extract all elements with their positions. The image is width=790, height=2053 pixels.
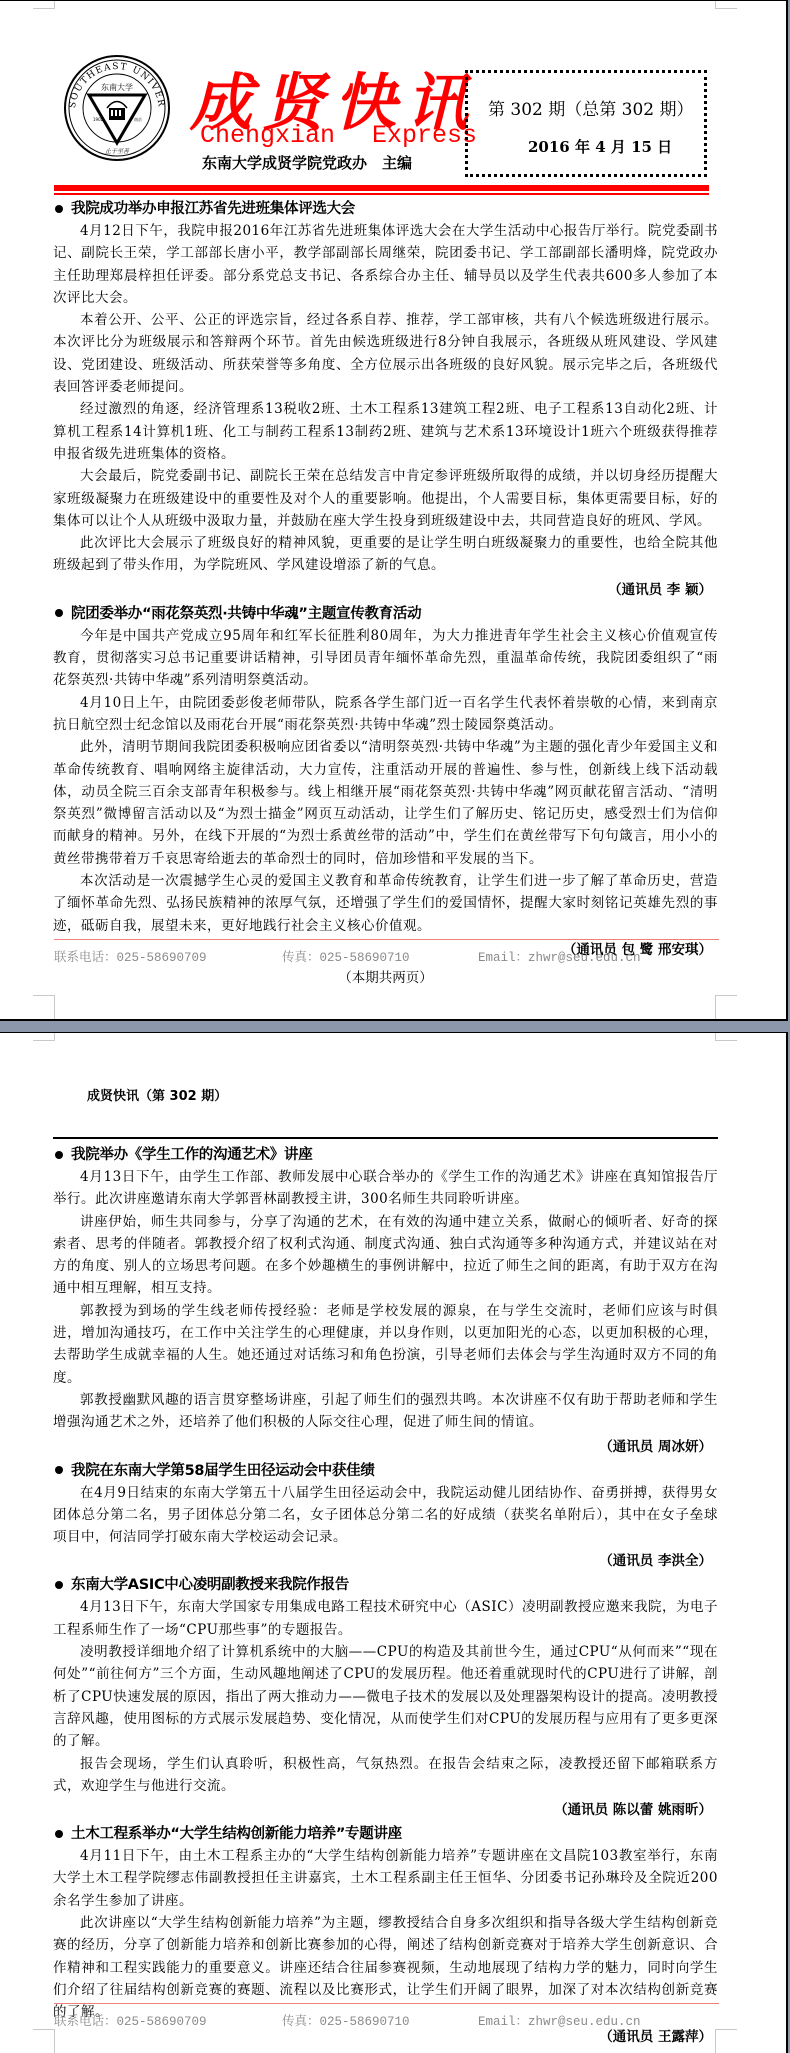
article-paragraph: 此次评比大会展示了班级良好的精神风貌，更重要的是让学生明白班级凝聚力的重要性，也…	[53, 532, 718, 577]
crop-mark-bottom-right	[715, 995, 737, 1019]
page-footer: 联系电话：025-58690709传真：025-58690710Email：zh…	[54, 2011, 719, 2029]
bullet-icon	[55, 609, 63, 617]
article-paragraph: 4月12日下午，我院申报2016年江苏省先进班集体评选大会在大学生活动中心报告厅…	[53, 220, 718, 309]
svg-text:南京: 南京	[134, 116, 142, 122]
crop-mark-bottom-left	[33, 995, 55, 1019]
article: 院团委举办“雨花祭英烈·共铸中华魂”主题宣传教育活动 今年是中国共产党成立95周…	[53, 603, 718, 963]
masthead-title-en: Chengxian Express	[200, 121, 477, 150]
article-paragraph: 报告会现场，学生们认真聆听，积极性高，气氛热烈。在报告会结束之际，凌教授还留下邮…	[53, 1753, 718, 1798]
crop-mark-top-right	[715, 1, 737, 9]
footer-phone: 联系电话：025-58690709	[54, 2011, 282, 2029]
bullet-icon	[55, 1151, 63, 1159]
page-2-content: 我院举办《学生工作的沟通艺术》讲座 4月13日下午，由学生工作部、教师发展中心联…	[53, 1144, 718, 2050]
article-paragraph: 郭教授为到场的学生线老师传授经验：老师是学校发展的源泉，在与学生交流时，老师们应…	[53, 1300, 718, 1389]
svg-text:东南大学: 东南大学	[101, 82, 133, 92]
footer-rule	[54, 2003, 719, 2004]
article-paragraph: 4月13日下午，由学生工作部、教师发展中心联合举办的《学生工作的沟通艺术》讲座在…	[53, 1166, 718, 1211]
article: 我院在东南大学第58届学生田径运动会中获佳绩 在4月9日结束的东南大学第五十八届…	[53, 1460, 718, 1575]
article-headline: 院团委举办“雨花祭英烈·共铸中华魂”主题宣传教育活动	[53, 603, 718, 625]
crop-mark-top-left	[33, 1, 55, 9]
footer-fax: 传真：025-58690710	[282, 947, 478, 965]
masthead-editor: 东南大学成贤学院党政办 主编	[202, 152, 412, 173]
svg-text:止于至善: 止于至善	[105, 147, 130, 155]
article-byline: （通讯员 陈以蕾 姚雨昕）	[53, 1797, 718, 1823]
issue-info-box: 第 302 期（总第 302 期） 2016 年 4 月 15 日	[465, 70, 707, 177]
running-head-rule	[53, 1137, 718, 1139]
footer-phone: 联系电话：025-58690709	[54, 947, 282, 965]
crop-mark-top-left	[33, 1033, 55, 1041]
article-paragraph: 4月13日下午，东南大学国家专用集成电路工程技术研究中心（ASIC）凌明副教授应…	[53, 1596, 718, 1641]
article-byline: （通讯员 周冰妍）	[53, 1434, 718, 1460]
article-headline: 我院在东南大学第58届学生田径运动会中获佳绩	[53, 1460, 718, 1482]
document-page-1: SOUTHEAST UNIVERSITY 东南大学 1902 南京 止于至善 成…	[0, 0, 788, 1021]
article-paragraph: 4月10日上午，由院团委彭俊老师带队，院系各学生部门近一百名学生代表怀着崇敬的心…	[53, 692, 718, 737]
article-headline: 我院成功举办申报江苏省先进班集体评选大会	[53, 198, 718, 220]
article-paragraph: 凌明教授详细地介绍了计算机系统中的大脑——CPU的构造及其前世今生，通过CPU“…	[53, 1641, 718, 1752]
article-paragraph: 4月11日下午，由土木工程系主办的“大学生结构创新能力培养”专题讲座在文昌院10…	[53, 1845, 718, 1912]
bullet-icon	[55, 1466, 63, 1474]
footer-email: Email：zhwr@seu.edu.cn	[478, 2011, 641, 2029]
article-paragraph: 本次活动是一次震撼学生心灵的爱国主义教育和革命传统教育，让学生们进一步了解了革命…	[53, 870, 718, 937]
article-byline: （通讯员 李洪全）	[53, 1548, 718, 1574]
crop-mark-bottom-right	[715, 2029, 737, 2053]
article-paragraph: 经过激烈的角逐，经济管理系13税收2班、土木工程系13建筑工程2班、电子工程系1…	[53, 398, 718, 465]
southeast-university-logo-icon: SOUTHEAST UNIVERSITY 东南大学 1902 南京 止于至善	[62, 53, 172, 163]
issue-date: 2016 年 4 月 15 日	[528, 136, 672, 157]
bullet-icon	[55, 1581, 63, 1589]
article-paragraph: 今年是中国共产党成立95周年和红军长征胜利80周年，为大力推进青年学生社会主义核…	[53, 625, 718, 692]
footer-rule	[54, 939, 719, 940]
svg-text:1902: 1902	[93, 117, 104, 122]
masthead-red-rule	[54, 185, 709, 191]
crop-mark-top-right	[715, 1033, 737, 1041]
article-headline: 东南大学ASIC中心凌明副教授来我院作报告	[53, 1574, 718, 1596]
issue-number: 第 302 期（总第 302 期）	[488, 95, 694, 120]
pages-note: （本期共两页）	[53, 965, 718, 991]
article-paragraph: 在4月9日结束的东南大学第五十八届学生田径运动会中，我院运动健儿团结协作、奋勇拼…	[53, 1482, 718, 1549]
bullet-icon	[55, 1830, 63, 1838]
running-head: 成贤快讯（第 302 期）	[87, 1085, 227, 1104]
page-footer: 联系电话：025-58690709传真：025-58690710Email：zh…	[54, 947, 719, 965]
masthead-red-rule-thin	[54, 193, 709, 195]
document-page-2: 成贤快讯（第 302 期） 我院举办《学生工作的沟通艺术》讲座 4月13日下午，…	[0, 1032, 788, 2053]
article-headline: 我院举办《学生工作的沟通艺术》讲座	[53, 1144, 718, 1166]
footer-email: Email：zhwr@seu.edu.cn	[478, 947, 641, 965]
article: 东南大学ASIC中心凌明副教授来我院作报告 4月13日下午，东南大学国家专用集成…	[53, 1574, 718, 1823]
article-paragraph: 郭教授幽默风趣的语言贯穿整场讲座，引起了师生们的强烈共鸣。本次讲座不仅有助于帮助…	[53, 1389, 718, 1434]
footer-fax: 传真：025-58690710	[282, 2011, 478, 2029]
article-paragraph: 此次讲座以“大学生结构创新能力培养”为主题，缪教授结合自身多次组织和指导各级大学…	[53, 1912, 718, 2023]
article: 我院成功举办申报江苏省先进班集体评选大会 4月12日下午，我院申报2016年江苏…	[53, 198, 718, 603]
article-paragraph: 大会最后，院党委副书记、副院长王荣在总结发言中肯定参评班级所取得的成绩，并以切身…	[53, 465, 718, 532]
bullet-icon	[55, 205, 63, 213]
page-1-content: 我院成功举办申报江苏省先进班集体评选大会 4月12日下午，我院申报2016年江苏…	[53, 198, 718, 991]
article-paragraph: 本着公开、公平、公正的评选宗旨，经过各系自荐、推荐，学工部审核，共有八个候选班级…	[53, 309, 718, 398]
article: 我院举办《学生工作的沟通艺术》讲座 4月13日下午，由学生工作部、教师发展中心联…	[53, 1144, 718, 1460]
article-paragraph: 讲座伊始，师生共同参与，分享了沟通的艺术，在有效的沟通中建立关系，做耐心的倾听者…	[53, 1211, 718, 1300]
article-paragraph: 此外，清明节期间我院团委积极响应团省委以“清明祭英烈·共铸中华魂”为主题的强化青…	[53, 736, 718, 870]
article-headline: 土木工程系举办“大学生结构创新能力培养”专题讲座	[53, 1823, 718, 1845]
crop-mark-bottom-left	[33, 2029, 55, 2053]
article-byline: （通讯员 李 颖）	[53, 577, 718, 603]
